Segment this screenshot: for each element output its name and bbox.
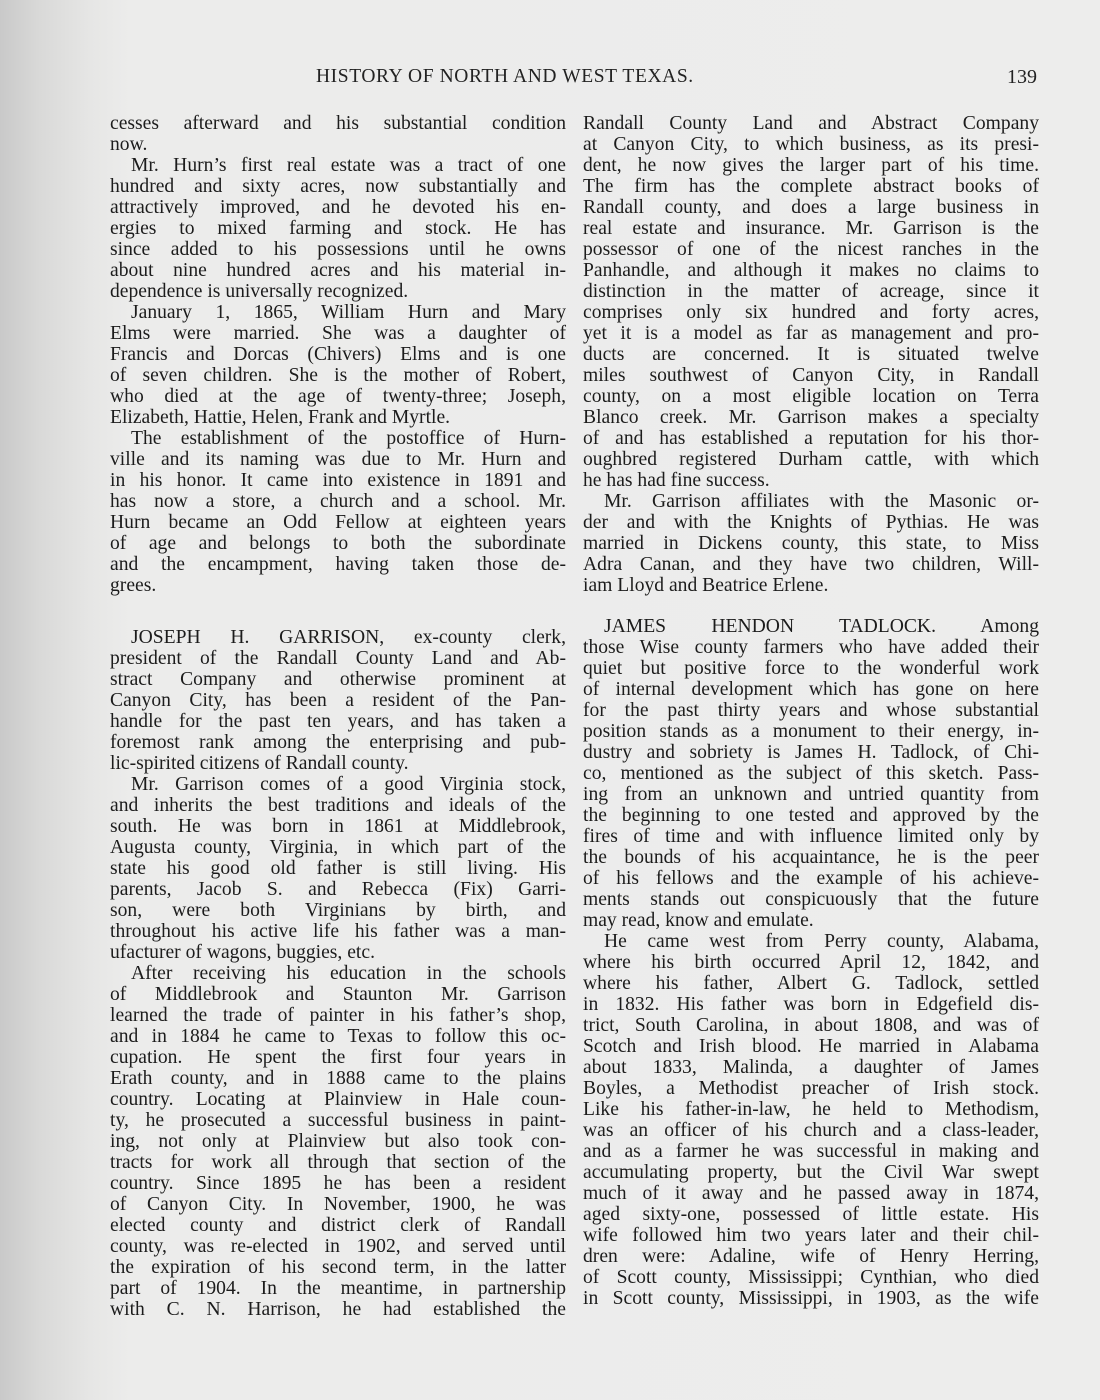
text-line: may read, know and emulate. — [583, 910, 1039, 931]
page-number: 139 — [1007, 66, 1037, 89]
text-line: aged sixty-one, possessed of little esta… — [583, 1204, 1039, 1225]
text-line: distinction in the matter of acreage, si… — [583, 281, 1039, 302]
text-line: lic-spirited citizens of Randall county. — [110, 753, 566, 774]
text-line: Adra Canan, and they have two children, … — [583, 554, 1039, 575]
text-line: since added to his possessions until he … — [110, 239, 566, 260]
section-break — [110, 596, 566, 617]
text-line: of Canyon City. In November, 1900, he wa… — [110, 1194, 566, 1215]
text-line: state his good old father is still livin… — [110, 858, 566, 879]
text-line: of Scott county, Mississippi; Cynthian, … — [583, 1267, 1039, 1288]
text-line: possessor of one of the nicest ranches i… — [583, 239, 1039, 260]
text-line: ufacturer of wagons, buggies, etc. — [110, 942, 566, 963]
text-line: for the past thirty years and whose subs… — [583, 700, 1039, 721]
text-line: grees. — [110, 575, 566, 596]
text-line: Elms were married. She was a daughter of — [110, 323, 566, 344]
running-head: HISTORY OF NORTH AND WEST TEXAS. — [316, 66, 694, 88]
text-line: JAMES HENDON TADLOCK. Among — [583, 616, 1039, 637]
text-line: Mr. Garrison affiliates with the Masonic… — [583, 491, 1039, 512]
text-line: of and has established a reputation for … — [583, 428, 1039, 449]
text-line: Canyon City, has been a resident of the … — [110, 690, 566, 711]
text-line: married in Dickens county, this state, t… — [583, 533, 1039, 554]
text-line: yet it is a model as far as management a… — [583, 323, 1039, 344]
text-line: in Scott county, Mississippi, in 1903, a… — [583, 1288, 1039, 1309]
text-line: handle for the past ten years, and has t… — [110, 711, 566, 732]
text-line: Elizabeth, Hattie, Helen, Frank and Myrt… — [110, 407, 566, 428]
text-line: cesses afterward and his substantial con… — [110, 113, 566, 134]
text-line: of Middlebrook and Staunton Mr. Garrison — [110, 984, 566, 1005]
text-line: dependence is universally recognized. — [110, 281, 566, 302]
paragraph-hurn-marriage: January 1, 1865, William Hurn and Mary E… — [110, 302, 566, 428]
text-line: throughout his active life his father wa… — [110, 921, 566, 942]
text-line: elected county and district clerk of Ran… — [110, 1215, 566, 1236]
text-line: county, was re-elected in 1902, and serv… — [110, 1236, 566, 1257]
text-line: position stands as a monument to their e… — [583, 721, 1039, 742]
text-line: Mr. Garrison comes of a good Virginia st… — [110, 774, 566, 795]
text-line: comprises only six hundred and forty acr… — [583, 302, 1039, 323]
text-line: those Wise county farmers who have added… — [583, 637, 1039, 658]
text-line: Panhandle, and although it makes no clai… — [583, 260, 1039, 281]
text-line: ing from an unknown and untried quantity… — [583, 784, 1039, 805]
text-line: ty, he prosecuted a successful business … — [110, 1110, 566, 1131]
text-line: where his father, Albert G. Tadlock, set… — [583, 973, 1039, 994]
text-line: and the encampment, having taken those d… — [110, 554, 566, 575]
text-line: Like his father-in-law, he held to Metho… — [583, 1099, 1039, 1120]
paragraph-garrison-intro: JOSEPH H. GARRISON, ex-county clerk, pre… — [110, 627, 566, 774]
text-line: of seven children. She is the mother of … — [110, 365, 566, 386]
text-line: ing, not only at Plainview but also took… — [110, 1131, 566, 1152]
text-line: JOSEPH H. GARRISON, ex-county clerk, — [110, 627, 566, 648]
text-line: Randall county, and does a large busines… — [583, 197, 1039, 218]
text-line: wife followed him two years later and th… — [583, 1225, 1039, 1246]
text-line: ments stands out conspicuously that the … — [583, 889, 1039, 910]
text-line: dent, he now gives the larger part of hi… — [583, 155, 1039, 176]
text-line: co, mentioned as the subject of this ske… — [583, 763, 1039, 784]
text-line: The establishment of the postoffice of H… — [110, 428, 566, 449]
text-line: January 1, 1865, William Hurn and Mary — [110, 302, 566, 323]
text-line: attractively improved, and he devoted hi… — [110, 197, 566, 218]
text-line: with C. N. Harrison, he had established … — [110, 1299, 566, 1320]
text-line: in 1832. His father was born in Edgefiel… — [583, 994, 1039, 1015]
text-line: president of the Randall County Land and… — [110, 648, 566, 669]
text-line: son, were both Virginians by birth, and — [110, 900, 566, 921]
paragraph-garrison-career: After receiving his education in the sch… — [110, 963, 566, 1320]
text-line: has now a store, a church and a school. … — [110, 491, 566, 512]
text-line: the expiration of his second term, in th… — [110, 1257, 566, 1278]
text-line: der and with the Knights of Pythias. He … — [583, 512, 1039, 533]
text-line: parents, Jacob S. and Rebecca (Fix) Garr… — [110, 879, 566, 900]
text-line: Scotch and Irish blood. He married in Al… — [583, 1036, 1039, 1057]
text-line: quiet but positive force to the wonderfu… — [583, 658, 1039, 679]
text-line: much of it away and he passed away in 18… — [583, 1183, 1039, 1204]
text-line: oughbred registered Durham cattle, with … — [583, 449, 1039, 470]
text-line: real estate and insurance. Mr. Garrison … — [583, 218, 1039, 239]
paragraph-garrison-business: Randall County Land and Abstract Company… — [583, 113, 1039, 491]
text-line: ducts are concerned. It is situated twel… — [583, 344, 1039, 365]
text-line: of his fellows and the example of his ac… — [583, 868, 1039, 889]
paragraph-garrison-origins: Mr. Garrison comes of a good Virginia st… — [110, 774, 566, 963]
paragraph-hurn-condition: cesses afterward and his substantial con… — [110, 113, 566, 155]
text-line: Mr. Hurn’s first real estate was a tract… — [110, 155, 566, 176]
text-line: and as a farmer he was successful in mak… — [583, 1141, 1039, 1162]
text-line: trict, South Carolina, in about 1808, an… — [583, 1015, 1039, 1036]
text-line: foremost rank among the enterprising and… — [110, 732, 566, 753]
text-line: hundred and sixty acres, now substantial… — [110, 176, 566, 197]
section-break — [110, 617, 566, 627]
text-line: part of 1904. In the meantime, in partne… — [110, 1278, 566, 1299]
text-line: of internal development which has gone o… — [583, 679, 1039, 700]
text-line: accumulating property, but the Civil War… — [583, 1162, 1039, 1183]
text-line: Boyles, a Methodist preacher of Irish st… — [583, 1078, 1039, 1099]
right-column: Randall County Land and Abstract Company… — [583, 113, 1039, 1309]
text-line: the bounds of his acquaintance, he is th… — [583, 847, 1039, 868]
text-line: where his birth occurred April 12, 1842,… — [583, 952, 1039, 973]
text-line: The firm has the complete abstract books… — [583, 176, 1039, 197]
text-line: Randall County Land and Abstract Company — [583, 113, 1039, 134]
text-line: miles southwest of Canyon City, in Randa… — [583, 365, 1039, 386]
paragraph-tadlock-family: He came west from Perry county, Alabama,… — [583, 931, 1039, 1309]
text-line: ville and its naming was due to Mr. Hurn… — [110, 449, 566, 470]
text-line: dustry and sobriety is James H. Tadlock,… — [583, 742, 1039, 763]
section-break — [583, 596, 1039, 606]
text-line: Erath county, and in 1888 came to the pl… — [110, 1068, 566, 1089]
text-line: in his honor. It came into existence in … — [110, 470, 566, 491]
text-line: Augusta county, Virginia, in which part … — [110, 837, 566, 858]
text-line: he has had fine success. — [583, 470, 1039, 491]
text-line: about 1833, Malinda, a daughter of James — [583, 1057, 1039, 1078]
text-line: the beginning to one tested and approved… — [583, 805, 1039, 826]
text-line: and in 1884 he came to Texas to follow t… — [110, 1026, 566, 1047]
paragraph-hurn-real-estate: Mr. Hurn’s first real estate was a tract… — [110, 155, 566, 302]
text-line: ergies to mixed farming and stock. He ha… — [110, 218, 566, 239]
text-line: cupation. He spent the first four years … — [110, 1047, 566, 1068]
text-line: about nine hundred acres and his materia… — [110, 260, 566, 281]
text-line: learned the trade of painter in his fath… — [110, 1005, 566, 1026]
text-line: Blanco creek. Mr. Garrison makes a speci… — [583, 407, 1039, 428]
text-line: county, on a most eligible location on T… — [583, 386, 1039, 407]
text-line: dren were: Adaline, wife of Henry Herrin… — [583, 1246, 1039, 1267]
paragraph-tadlock-intro: JAMES HENDON TADLOCK. Among those Wise c… — [583, 616, 1039, 931]
paragraph-garrison-family: Mr. Garrison affiliates with the Masonic… — [583, 491, 1039, 596]
text-line: of age and belongs to both the subordina… — [110, 533, 566, 554]
section-break — [583, 606, 1039, 616]
text-line: now. — [110, 134, 566, 155]
text-line: Francis and Dorcas (Chivers) Elms and is… — [110, 344, 566, 365]
text-line: iam Lloyd and Beatrice Erlene. — [583, 575, 1039, 596]
text-line: He came west from Perry county, Alabama, — [583, 931, 1039, 952]
text-line: tracts for work all through that section… — [110, 1152, 566, 1173]
text-line: who died at the age of twenty-three; Jos… — [110, 386, 566, 407]
text-line: at Canyon City, to which business, as it… — [583, 134, 1039, 155]
text-line: fires of time and with influence limited… — [583, 826, 1039, 847]
text-line: south. He was born in 1861 at Middlebroo… — [110, 816, 566, 837]
text-line: stract Company and otherwise prominent a… — [110, 669, 566, 690]
text-line: and inherits the best traditions and ide… — [110, 795, 566, 816]
text-line: country. Since 1895 he has been a reside… — [110, 1173, 566, 1194]
text-line: country. Locating at Plainview in Hale c… — [110, 1089, 566, 1110]
text-line: was an officer of his church and a class… — [583, 1120, 1039, 1141]
text-line: Hurn became an Odd Fellow at eighteen ye… — [110, 512, 566, 533]
paragraph-hurnville: The establishment of the postoffice of H… — [110, 428, 566, 596]
text-line: After receiving his education in the sch… — [110, 963, 566, 984]
left-column: cesses afterward and his substantial con… — [110, 113, 566, 1320]
